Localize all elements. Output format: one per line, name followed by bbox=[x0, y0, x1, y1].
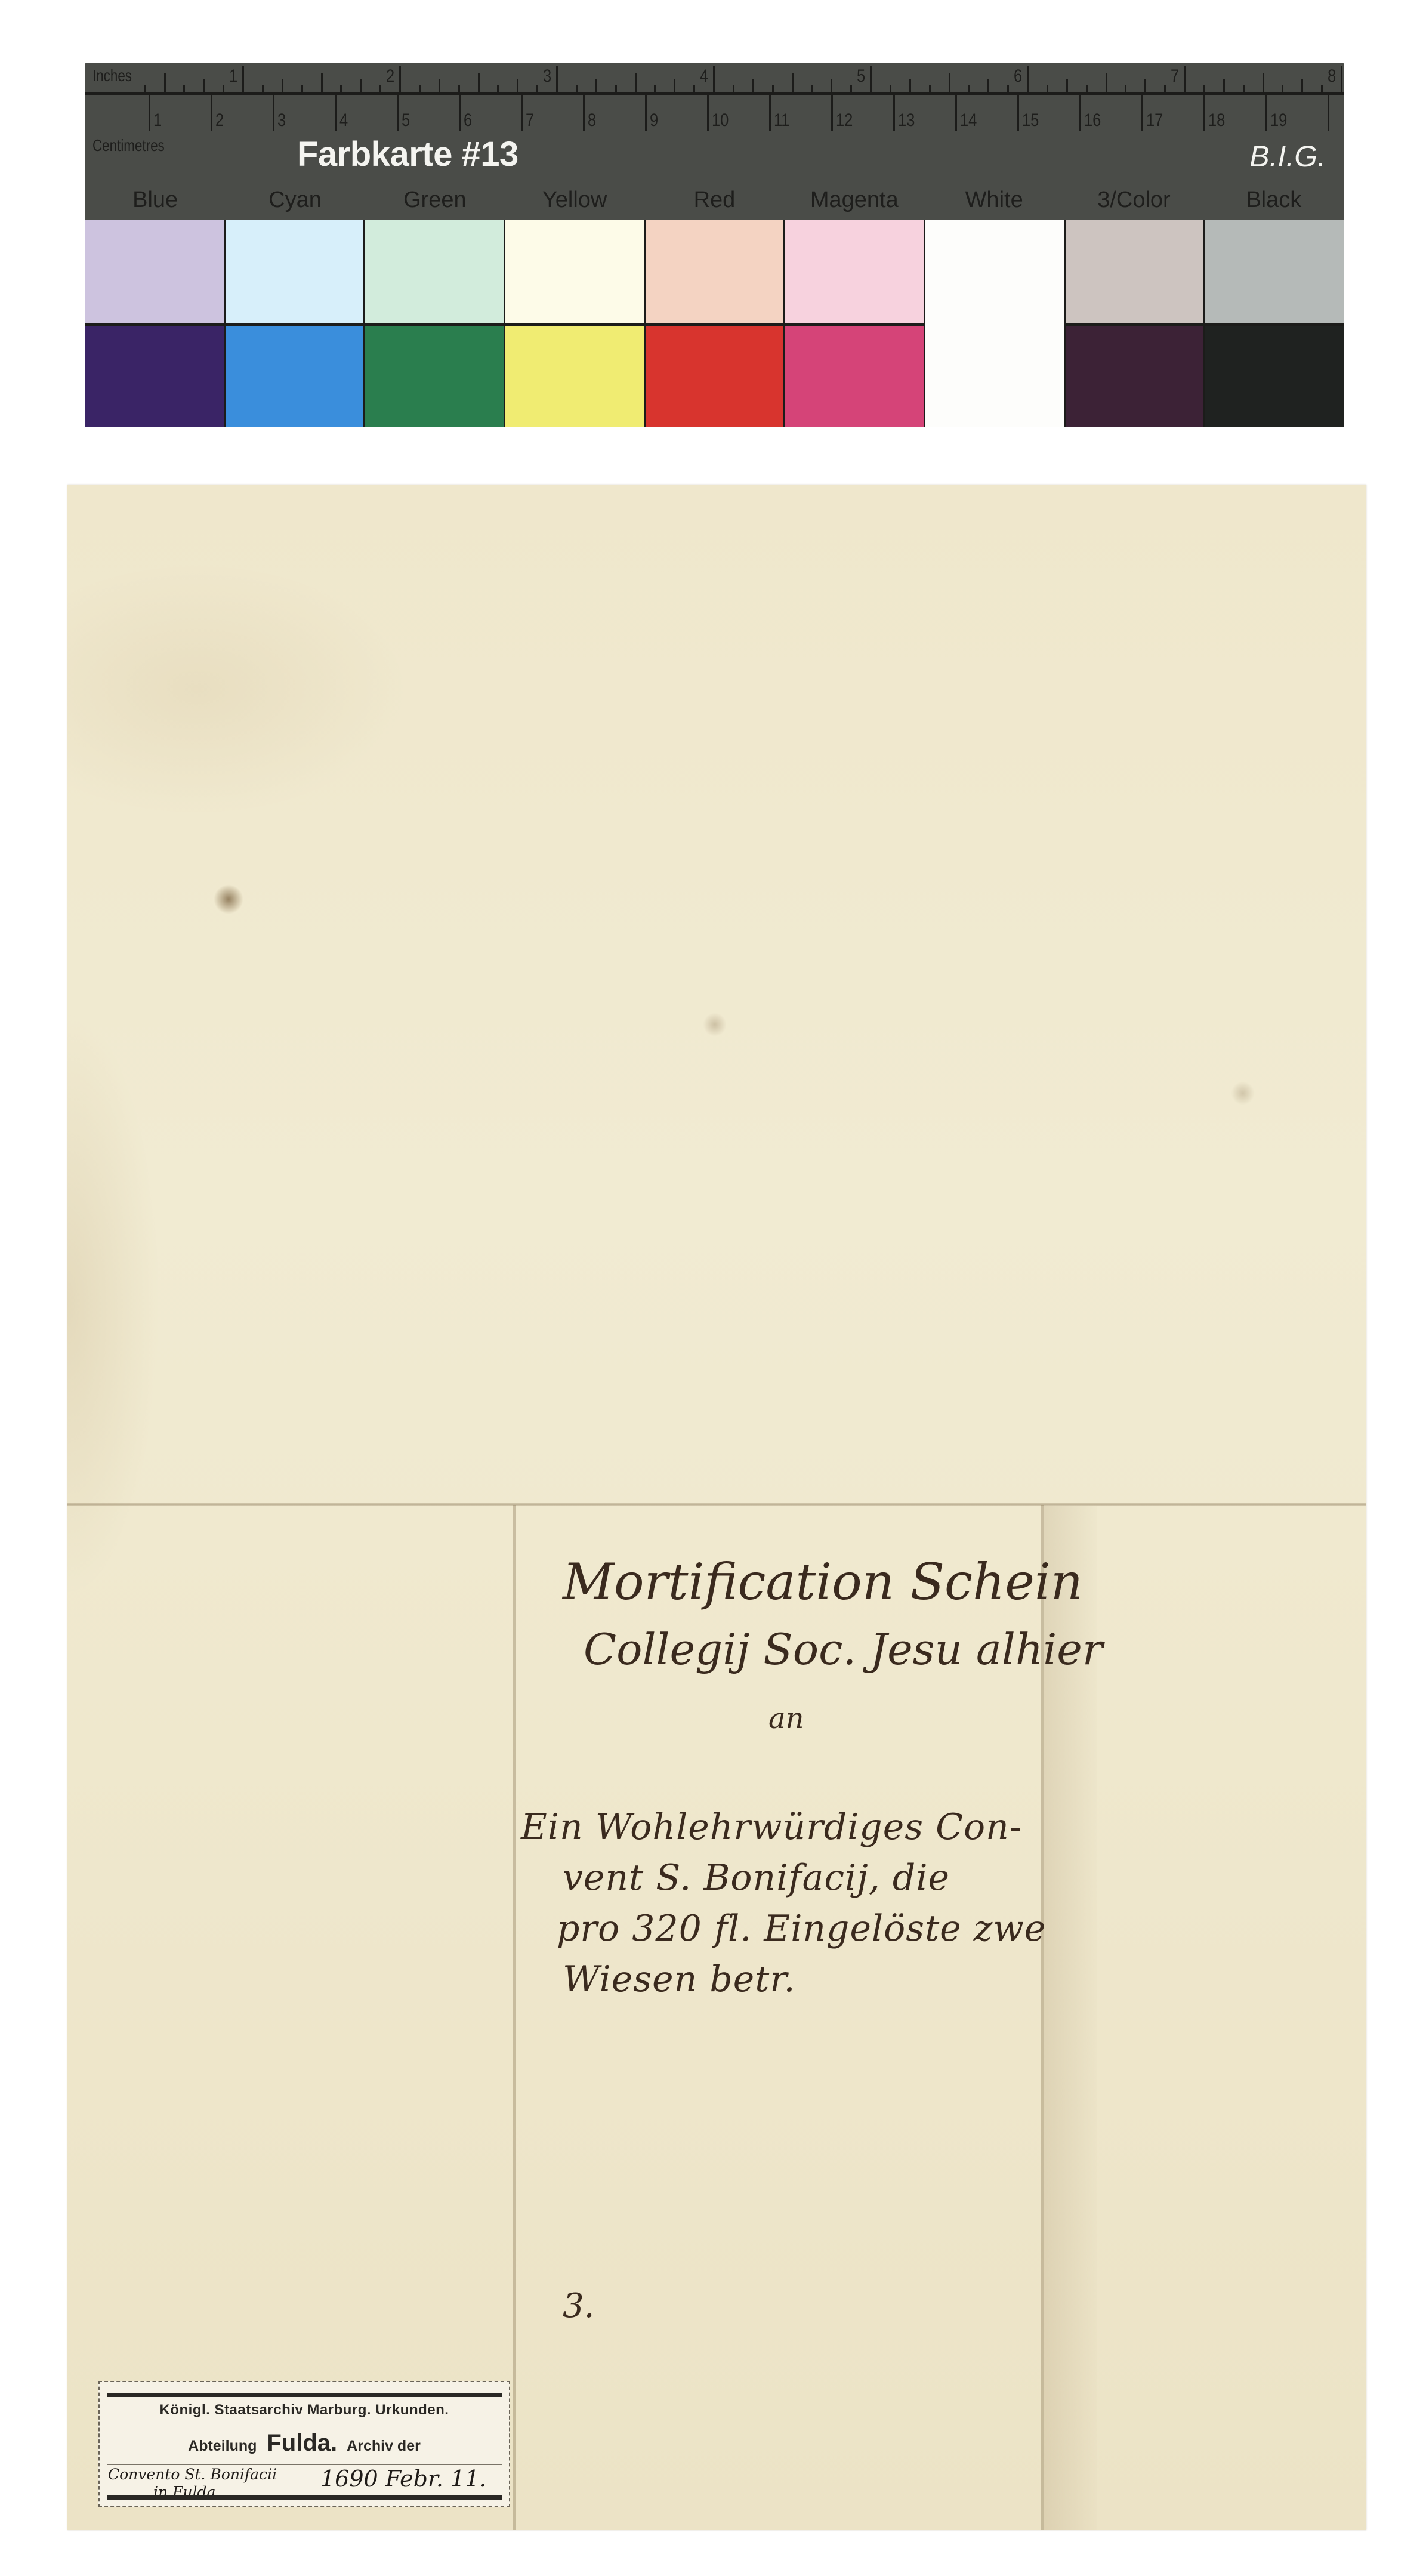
cm-number: 2 bbox=[215, 112, 224, 129]
swatch-label: Red bbox=[644, 182, 784, 218]
inch-tick bbox=[497, 85, 499, 94]
inch-tick bbox=[870, 66, 872, 94]
cm-number: 13 bbox=[898, 112, 915, 129]
inch-tick bbox=[242, 66, 244, 94]
swatch-label: Black bbox=[1204, 182, 1344, 218]
swatch-dark bbox=[1066, 326, 1204, 427]
inch-tick bbox=[340, 85, 342, 94]
inch-tick bbox=[654, 85, 656, 94]
inch-tick bbox=[909, 79, 911, 94]
inch-tick bbox=[183, 85, 185, 94]
inch-number: 7 bbox=[1171, 67, 1179, 85]
label-rule bbox=[107, 2464, 502, 2465]
inch-tick bbox=[1066, 79, 1068, 94]
department-prefix: Abteilung bbox=[188, 2438, 257, 2454]
swatch-label: White bbox=[924, 182, 1064, 218]
swatch-dark bbox=[785, 326, 924, 427]
cm-number: 10 bbox=[712, 112, 729, 129]
inch-tick bbox=[144, 85, 146, 94]
cm-tick bbox=[397, 95, 399, 131]
inch-tick bbox=[1086, 85, 1088, 94]
swatch-blue bbox=[85, 220, 226, 427]
inch-tick bbox=[890, 85, 891, 94]
handwritten-line: an bbox=[768, 1702, 804, 1735]
handwritten-title: Mortification Schein bbox=[563, 1553, 1083, 1611]
swatch-dark bbox=[646, 326, 784, 427]
cm-tick bbox=[831, 95, 833, 131]
inch-tick bbox=[262, 85, 264, 94]
cm-tick bbox=[1079, 95, 1081, 131]
swatch-light bbox=[1205, 220, 1344, 323]
inch-tick bbox=[301, 85, 303, 94]
archive-handwritten-fonds: Convento St. Bonifacii bbox=[108, 2466, 277, 2483]
inch-tick bbox=[517, 79, 518, 94]
inch-tick bbox=[1125, 85, 1126, 94]
card-brand-logo: B.I.G. bbox=[1249, 139, 1326, 174]
inch-tick bbox=[536, 85, 538, 94]
inch-tick bbox=[439, 79, 440, 94]
cm-number: 16 bbox=[1084, 112, 1101, 129]
swatch-light bbox=[1066, 220, 1204, 323]
inch-number: 3 bbox=[543, 67, 551, 85]
cm-tick bbox=[1328, 95, 1329, 131]
cm-number: 19 bbox=[1270, 112, 1287, 129]
inch-tick bbox=[1027, 66, 1029, 94]
swatch-label: Green bbox=[365, 182, 505, 218]
cm-tick bbox=[769, 95, 771, 131]
inch-tick bbox=[576, 85, 578, 94]
inch-tick bbox=[458, 85, 460, 94]
swatch-label: Blue bbox=[85, 182, 225, 218]
swatch-light bbox=[365, 220, 504, 323]
cm-tick bbox=[645, 95, 647, 131]
inch-tick bbox=[831, 79, 832, 94]
swatch-dark bbox=[365, 326, 504, 427]
swatch-dark bbox=[226, 326, 364, 427]
cm-number: 15 bbox=[1022, 112, 1039, 129]
cm-number: 12 bbox=[836, 112, 853, 129]
inch-tick bbox=[399, 66, 401, 94]
inch-tick bbox=[1301, 79, 1303, 94]
inch-tick bbox=[203, 79, 205, 94]
archive-institution: Königl. Staatsarchiv Marburg. Urkunden. bbox=[100, 2402, 509, 2418]
inch-tick bbox=[595, 79, 597, 94]
handwritten-line: Collegij Soc. Jesu alhier bbox=[584, 1624, 1103, 1674]
swatch-light bbox=[785, 220, 924, 323]
inch-tick bbox=[1203, 85, 1205, 94]
swatch-dark bbox=[505, 326, 644, 427]
cm-number: 18 bbox=[1208, 112, 1225, 129]
cm-tick bbox=[1203, 95, 1205, 131]
vertical-fold-line bbox=[513, 1505, 516, 2530]
inch-tick bbox=[1164, 85, 1166, 94]
label-rule bbox=[107, 2423, 502, 2423]
department-suffix: Archiv der bbox=[347, 2438, 421, 2454]
cm-number: 17 bbox=[1146, 112, 1163, 129]
cm-number: 8 bbox=[588, 112, 596, 129]
ruler: Inches 12345678 123456789101112131415161… bbox=[85, 63, 1344, 188]
inch-tick bbox=[929, 85, 931, 94]
swatch-light bbox=[646, 220, 784, 323]
inch-tick bbox=[1047, 85, 1048, 94]
cm-tick bbox=[211, 95, 212, 131]
inch-tick bbox=[321, 73, 323, 94]
archive-handwritten-date: 1690 Febr. 11. bbox=[320, 2466, 486, 2492]
inch-tick bbox=[792, 73, 794, 94]
cm-number: 14 bbox=[960, 112, 977, 129]
cm-tick bbox=[1141, 95, 1143, 131]
inch-tick bbox=[850, 85, 852, 94]
cm-tick bbox=[893, 95, 895, 131]
inch-tick bbox=[615, 85, 617, 94]
inch-tick bbox=[1341, 66, 1342, 94]
document-page: Mortification Schein Collegij Soc. Jesu … bbox=[67, 485, 1366, 2530]
color-swatches bbox=[85, 220, 1344, 427]
page-number-mark: 3. bbox=[563, 2287, 594, 2325]
cm-number: 4 bbox=[339, 112, 348, 129]
cm-number: 1 bbox=[153, 112, 162, 129]
label-rule bbox=[107, 2393, 502, 2397]
swatch-dark bbox=[85, 326, 224, 427]
cm-number: 9 bbox=[650, 112, 658, 129]
cm-number: 11 bbox=[774, 112, 789, 129]
archive-department: Abteilung Fulda. Archiv der bbox=[100, 2430, 509, 2457]
cm-number: 7 bbox=[526, 112, 534, 129]
swatch-light bbox=[925, 220, 1064, 323]
inches-label: Inches bbox=[92, 67, 132, 84]
inch-tick bbox=[1223, 79, 1225, 94]
inch-tick bbox=[1106, 73, 1107, 94]
inch-tick bbox=[733, 85, 734, 94]
inch-tick bbox=[1243, 85, 1245, 94]
inch-tick bbox=[949, 73, 950, 94]
swatch-dark bbox=[1205, 326, 1344, 427]
inch-tick bbox=[1144, 79, 1146, 94]
department-name: Fulda. bbox=[267, 2430, 337, 2456]
inch-number: 1 bbox=[229, 67, 237, 85]
swatch-white bbox=[925, 220, 1066, 427]
cm-tick bbox=[583, 95, 585, 131]
inch-tick bbox=[674, 79, 675, 94]
inch-tick bbox=[379, 85, 381, 94]
handwritten-line: pro 320 fl. Eingelöste zwe bbox=[557, 1908, 1046, 1949]
swatch-red bbox=[646, 220, 786, 427]
inch-number: 2 bbox=[386, 67, 394, 85]
inch-tick bbox=[478, 73, 480, 94]
inch-tick bbox=[164, 73, 166, 94]
cm-tick bbox=[1017, 95, 1019, 131]
inch-tick bbox=[223, 85, 224, 94]
inch-tick bbox=[556, 66, 558, 94]
inch-number: 4 bbox=[700, 67, 708, 85]
inch-tick bbox=[1007, 85, 1009, 94]
ink-stain bbox=[214, 884, 243, 914]
handwritten-line: Wiesen betr. bbox=[563, 1958, 796, 2000]
cm-tick bbox=[459, 95, 461, 131]
cm-tick bbox=[707, 95, 709, 131]
cm-tick bbox=[335, 95, 337, 131]
inch-tick bbox=[987, 79, 989, 94]
swatch-label: 3/Color bbox=[1064, 182, 1203, 218]
cm-tick bbox=[521, 95, 523, 131]
inch-number: 6 bbox=[1014, 67, 1022, 85]
swatch-3-color bbox=[1066, 220, 1206, 427]
swatch-black bbox=[1205, 220, 1344, 427]
swatch-cyan bbox=[226, 220, 366, 427]
inch-tick bbox=[635, 73, 637, 94]
inch-tick bbox=[713, 66, 715, 94]
archive-label: Königl. Staatsarchiv Marburg. Urkunden. … bbox=[98, 2381, 510, 2507]
inch-tick bbox=[693, 85, 695, 94]
inch-number: 5 bbox=[857, 67, 865, 85]
inch-tick bbox=[419, 85, 421, 94]
swatch-dark bbox=[925, 323, 1064, 427]
color-reference-card: Inches 12345678 123456789101112131415161… bbox=[85, 63, 1344, 427]
inch-tick bbox=[968, 85, 970, 94]
cm-number: 6 bbox=[464, 112, 472, 129]
inch-tick bbox=[360, 79, 362, 94]
inch-tick bbox=[1184, 66, 1186, 94]
inch-tick bbox=[282, 79, 283, 94]
cm-number: 5 bbox=[402, 112, 410, 129]
inch-tick bbox=[1263, 73, 1264, 94]
card-title: Farbkarte #13 bbox=[297, 134, 518, 174]
swatch-label: Cyan bbox=[225, 182, 365, 218]
foxing-spot bbox=[1231, 1081, 1255, 1105]
cm-tick bbox=[955, 95, 957, 131]
swatch-light bbox=[85, 220, 224, 323]
handwritten-line: vent S. Bonifacij, die bbox=[563, 1857, 950, 1899]
centimetres-label: Centimetres bbox=[92, 137, 165, 154]
horizontal-fold-line bbox=[67, 1503, 1366, 1506]
inch-tick bbox=[1282, 85, 1283, 94]
swatch-light bbox=[226, 220, 364, 323]
swatch-yellow bbox=[505, 220, 646, 427]
handwritten-line: Ein Wohlehrwürdiges Con- bbox=[521, 1806, 1022, 1848]
cm-number: 3 bbox=[277, 112, 286, 129]
swatch-label: Yellow bbox=[505, 182, 644, 218]
swatch-label: Magenta bbox=[785, 182, 924, 218]
inch-tick bbox=[1321, 85, 1323, 94]
inch-tick bbox=[811, 85, 813, 94]
cm-tick bbox=[149, 95, 150, 131]
swatch-labels: Blue Cyan Green Yellow Red Magenta White… bbox=[85, 182, 1344, 218]
swatch-light bbox=[505, 220, 644, 323]
swatch-magenta bbox=[785, 220, 925, 427]
inch-tick bbox=[772, 85, 774, 94]
cm-tick bbox=[273, 95, 274, 131]
cm-tick bbox=[1265, 95, 1267, 131]
swatch-green bbox=[365, 220, 505, 427]
inch-tick bbox=[752, 79, 754, 94]
label-rule bbox=[107, 2495, 502, 2500]
inch-number: 8 bbox=[1328, 67, 1336, 85]
foxing-spot bbox=[703, 1013, 727, 1036]
